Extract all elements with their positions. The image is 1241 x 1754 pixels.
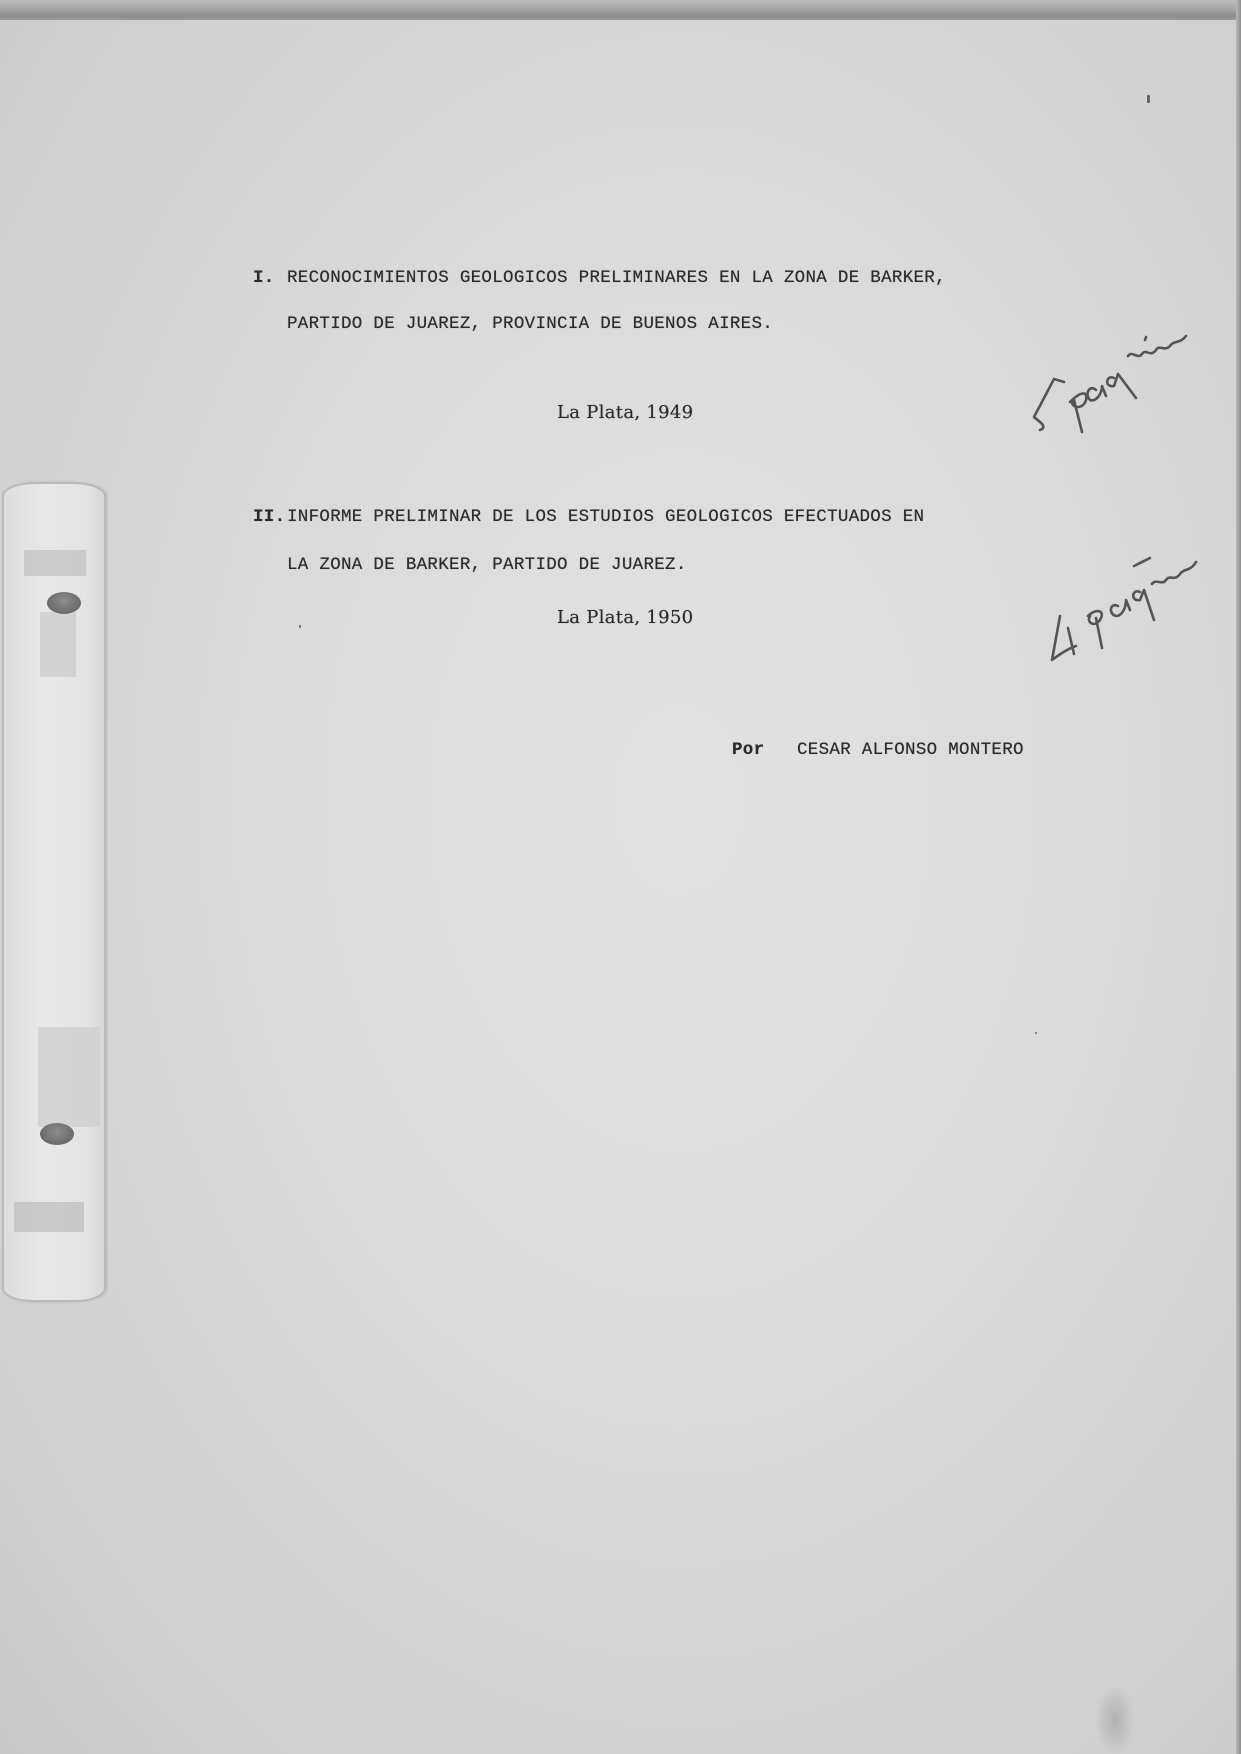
scan-speck [1147, 95, 1150, 103]
scan-speck [1035, 1032, 1037, 1034]
entry-2-title-line-1: INFORME PRELIMINAR DE LOS ESTUDIOS GEOLO… [287, 507, 924, 527]
scan-speck [299, 625, 301, 628]
entry-2-place-date: La Plata, 1950 [557, 607, 693, 628]
document-page: I. RECONOCIMIENTOS GEOLOGICOS PRELIMINAR… [0, 20, 1236, 1754]
author-name: CESAR ALFONSO MONTERO [797, 740, 1024, 760]
pencil-annotation-icon [1010, 282, 1210, 452]
fastener-slot [38, 1027, 100, 1127]
scan-stain [1095, 1685, 1135, 1754]
pencil-annotation-icon [1030, 520, 1210, 680]
entry-1-title-line-1: RECONOCIMIENTOS GEOLOGICOS PRELIMINARES … [287, 268, 946, 288]
punch-hole [47, 592, 81, 614]
entry-2-numeral: II. [253, 507, 285, 527]
entry-1-place-date: La Plata, 1949 [557, 402, 693, 423]
fastener-slot [40, 612, 76, 677]
punch-hole [40, 1123, 74, 1145]
entry-1-title-line-2: PARTIDO DE JUAREZ, PROVINCIA DE BUENOS A… [287, 314, 773, 334]
scan-right-edge [1236, 0, 1241, 1754]
entry-1-numeral: I. [253, 268, 275, 288]
binder-fastener-strip [2, 482, 106, 1302]
fastener-slot [24, 550, 86, 576]
scan-top-shadow [0, 0, 1241, 20]
handwritten-note-2: 4 páginas [1030, 520, 1210, 680]
fastener-slot [14, 1202, 84, 1232]
handwritten-note-1: 5 páginas [1010, 282, 1210, 452]
entry-2-title-line-2: LA ZONA DE BARKER, PARTIDO DE JUAREZ. [287, 555, 687, 575]
author-prefix: Por [732, 740, 764, 760]
